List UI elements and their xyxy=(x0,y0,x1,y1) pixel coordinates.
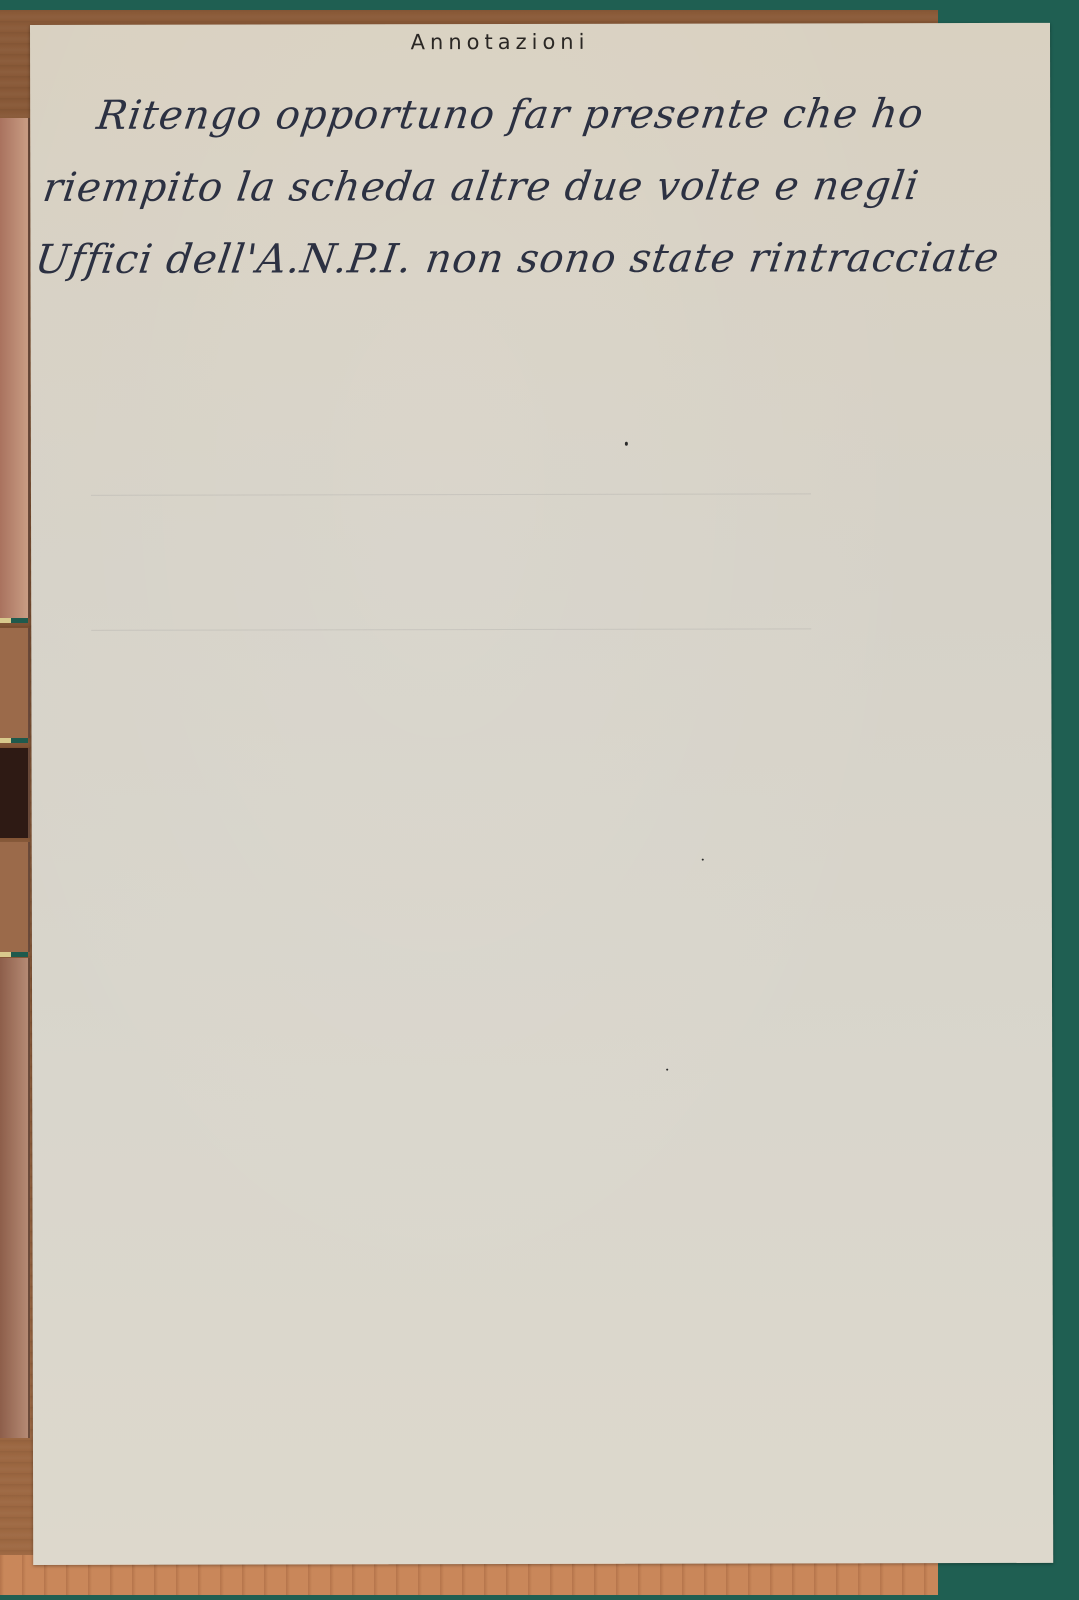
paper-crease xyxy=(91,493,811,496)
handwritten-line-1: Ritengo opportuno far presente che ho xyxy=(94,91,927,139)
folder-spine-band xyxy=(0,952,28,957)
folder-spine xyxy=(0,748,30,838)
folder-spine-band xyxy=(0,618,28,623)
folder-spine xyxy=(0,958,30,1438)
folder-spine-band xyxy=(0,738,28,743)
ink-speck xyxy=(625,442,628,446)
sheet-heading: Annotazioni xyxy=(30,29,970,55)
handwritten-note: Ritengo opportuno far presente che ho ri… xyxy=(35,91,1025,93)
folder-spine xyxy=(0,118,30,618)
paper-sheet: Annotazioni Ritengo opportuno far presen… xyxy=(30,23,1053,1565)
ink-speck xyxy=(666,1069,668,1071)
folder-spine xyxy=(0,628,30,738)
folder-spine xyxy=(0,842,30,952)
handwritten-line-3: Uffici dell'A.N.P.I. non sono state rint… xyxy=(32,235,1002,283)
ink-speck xyxy=(702,859,704,861)
handwritten-line-2: riempito la scheda altre due volte e neg… xyxy=(40,163,922,211)
paper-crease xyxy=(91,628,811,631)
